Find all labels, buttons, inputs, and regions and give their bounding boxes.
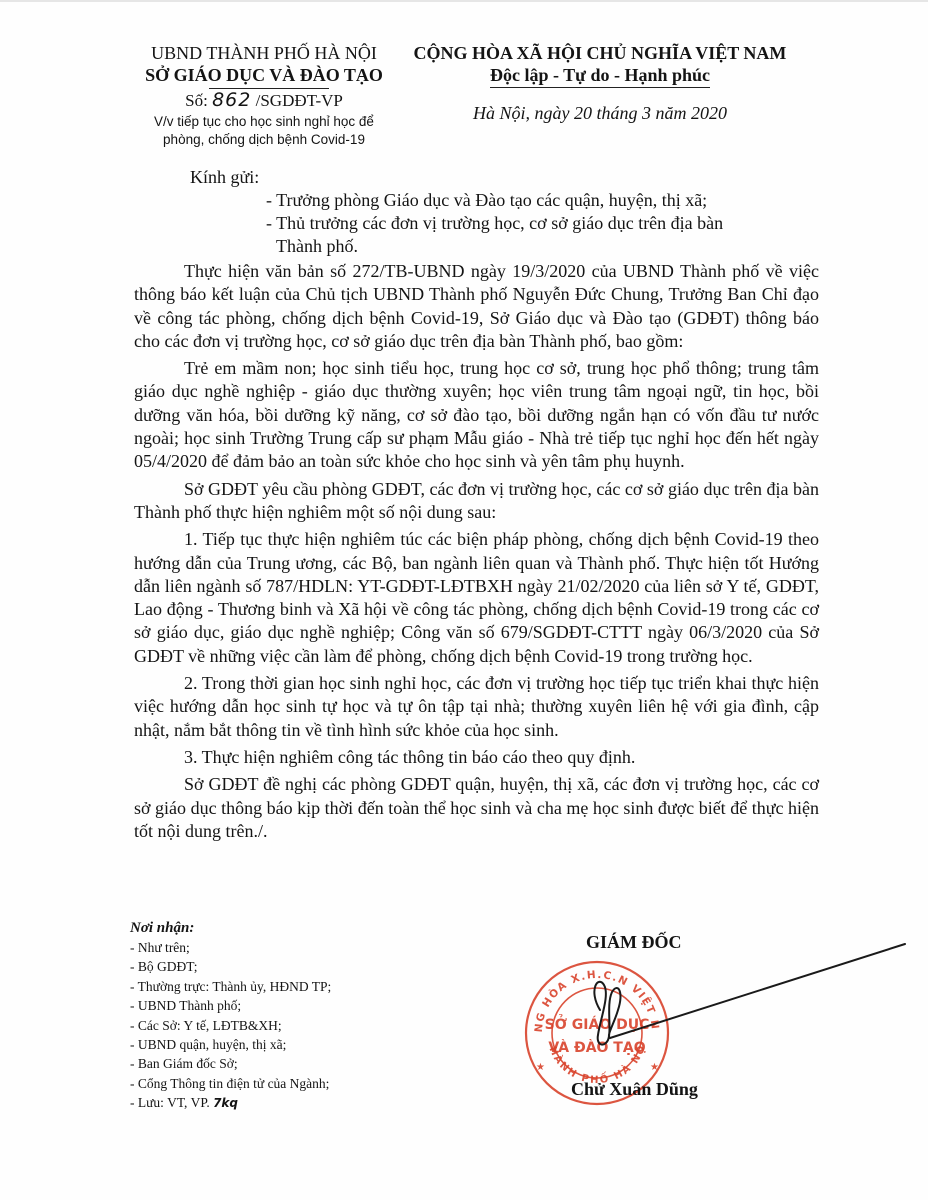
archive-initials: 7kq	[213, 1096, 238, 1110]
nation-title: CỘNG HÒA XÃ HỘI CHỦ NGHĨA VIỆT NAM	[400, 42, 800, 64]
addressee-label: Kính gửi:	[190, 166, 259, 189]
body-paragraph: 2. Trong thời gian học sinh nghỉ học, cá…	[134, 672, 819, 742]
number-prefix: Số:	[185, 91, 208, 110]
national-motto: Độc lập - Tự do - Hạnh phúc	[490, 64, 710, 88]
document-number: Số: 862 /SGDĐT-VP	[124, 88, 404, 113]
stamp-inner-line1: SỞ GIÁO DỤC	[545, 1014, 650, 1033]
addressee-item: Thành phố.	[276, 235, 836, 258]
distribution-item: - Cổng Thông tin điện tử của Ngành;	[130, 1074, 331, 1093]
body-paragraph: Trẻ em mầm non; học sinh tiểu học, trung…	[134, 357, 819, 473]
handwritten-number: 862	[212, 89, 251, 111]
national-header: CỘNG HÒA XÃ HỘI CHỦ NGHĨA VIỆT NAM Độc l…	[400, 42, 800, 124]
distribution-item: - UBND Thành phố;	[130, 996, 331, 1015]
subject-line-1: V/v tiếp tục cho học sinh nghỉ học để	[124, 113, 404, 131]
stamp-star-right-icon: ★	[650, 1062, 659, 1073]
stamp-inner-line2: VÀ ĐÀO TẠO	[548, 1039, 645, 1056]
distribution-item: - Thường trực: Thành ủy, HĐND TP;	[130, 977, 331, 996]
distribution-item: - Bộ GDĐT;	[130, 957, 331, 976]
body-paragraph: Thực hiện văn bản số 272/TB-UBND ngày 19…	[134, 260, 819, 353]
issuer-header: UBND THÀNH PHỐ HÀ NỘI SỞ GIÁO DỤC VÀ ĐÀO…	[124, 42, 404, 149]
signatory-title: GIÁM ĐỐC	[586, 932, 682, 953]
distribution-item: - Các Sở: Y tế, LĐTB&XH;	[130, 1016, 331, 1035]
body-paragraph: 3. Thực hiện nghiêm công tác thông tin b…	[134, 746, 819, 769]
letter-body: Thực hiện văn bản số 272/TB-UBND ngày 19…	[134, 260, 819, 843]
body-paragraph: 1. Tiếp tục thực hiện nghiêm túc các biệ…	[134, 528, 819, 668]
distribution-item: - Lưu: VT, VP. 7kq	[130, 1093, 331, 1113]
addressee-item: - Trưởng phòng Giáo dục và Đào tạo các q…	[266, 189, 826, 212]
body-paragraph: Sở GDĐT yêu cầu phòng GDĐT, các đơn vị t…	[134, 478, 819, 525]
addressee-item: - Thủ trưởng các đơn vị trường học, cơ s…	[266, 212, 826, 235]
distribution-title: Nơi nhận:	[130, 918, 331, 938]
subject-line-2: phòng, chống dịch bệnh Covid-19	[124, 131, 404, 149]
body-paragraph: Sở GDĐT đề nghị các phòng GDĐT quận, huy…	[134, 773, 819, 843]
signatory-name: Chử Xuân Dũng	[571, 1079, 698, 1100]
distribution-item: - Ban Giám đốc Sở;	[130, 1054, 331, 1073]
distribution-item: - Như trên;	[130, 938, 331, 957]
stamp-star-left-icon: ★	[536, 1062, 545, 1073]
issuing-authority: UBND THÀNH PHỐ HÀ NỘI	[124, 42, 404, 64]
distribution-item: - UBND quận, huyện, thị xã;	[130, 1035, 331, 1054]
distribution-list: Nơi nhận: - Như trên; - Bộ GDĐT; - Thườn…	[130, 918, 331, 1114]
archive-label: - Lưu: VT, VP.	[130, 1095, 210, 1110]
place-date: Hà Nội, ngày 20 tháng 3 năm 2020	[400, 102, 800, 124]
department-underline	[209, 88, 329, 89]
issuing-department: SỞ GIÁO DỤC VÀ ĐÀO TẠO	[124, 64, 404, 86]
document-page: UBND THÀNH PHỐ HÀ NỘI SỞ GIÁO DỤC VÀ ĐÀO…	[0, 0, 928, 1200]
number-suffix: /SGDĐT-VP	[256, 91, 343, 110]
scan-edge	[0, 0, 928, 2]
